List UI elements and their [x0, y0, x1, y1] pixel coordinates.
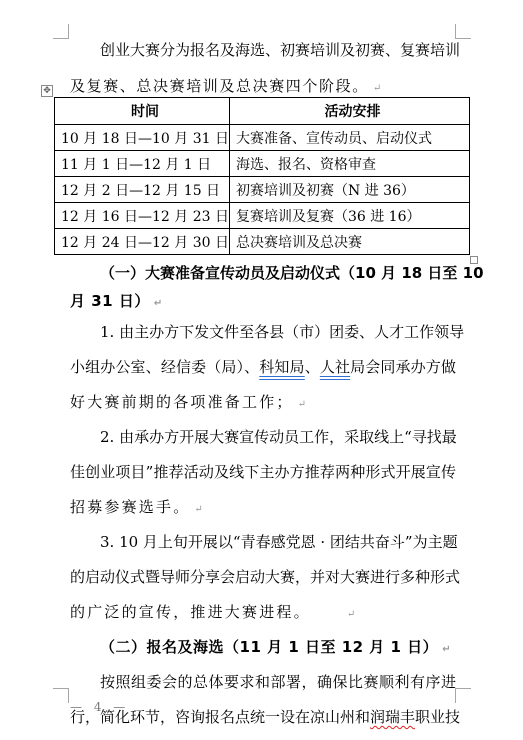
table-row: 12 月 24 日—12 月 30 日 总决赛培训及总决赛: [55, 229, 470, 255]
item2-line-2[interactable]: 佳创业项目”推荐活动及线下主办方推荐两种形式开展宣传: [70, 462, 456, 482]
paragraph-mark-icon: ↵: [154, 298, 162, 309]
item2-line-3[interactable]: 招募参赛选手。↵: [70, 497, 456, 520]
cell-activity[interactable]: 复赛培训及复赛（36 进 16）: [229, 203, 469, 229]
margin-corner-bottom-left: [53, 688, 69, 703]
page-number: — 4 —: [70, 700, 129, 714]
paragraph-mark-icon: ↵: [347, 609, 355, 620]
intro-line-2[interactable]: 及复赛、总决赛培训及总决赛四个阶段。↵: [70, 76, 456, 99]
table-header-row: 时间 活动安排: [55, 98, 470, 125]
section1-heading-line-1[interactable]: （一）大赛准备宣传动员及启动仪式（10 月 18 日至 10: [100, 263, 456, 283]
table-move-handle-icon[interactable]: ✥: [41, 85, 53, 97]
item1-line-3[interactable]: 好大赛前期的各项准备工作；↵: [70, 392, 456, 415]
table-row: 12 月 16 日—12 月 23 日 复赛培训及复赛（36 进 16）: [55, 203, 470, 229]
cell-time[interactable]: 12 月 2 日—12 月 15 日: [55, 177, 230, 203]
section2-line-1[interactable]: 按照组委会的总体要求和部署，确保比赛顺利有序进: [100, 672, 456, 692]
item3-line-1[interactable]: 3. 10 月上旬开展以“青春感党恩 · 团结共奋斗”为主题: [100, 532, 456, 552]
cell-activity[interactable]: 初赛培训及初赛（N 进 36）: [229, 177, 469, 203]
table-row: 10 月 18 日—10 月 31 日 大赛准备、宣传动员、启动仪式: [55, 125, 470, 151]
margin-corner-bottom-right: [455, 688, 471, 703]
spelling-flag-runruifeng[interactable]: 润瑞丰: [370, 708, 415, 726]
grammar-flag-keziju[interactable]: 科知局: [259, 358, 304, 376]
intro-line-1[interactable]: 创业大赛分为报名及海选、初赛培训及初赛、复赛培训: [100, 40, 456, 60]
item1-line-1[interactable]: 1. 由主办方下发文件至各县（市）团委、人才工作领导: [100, 322, 456, 342]
item1-line-2[interactable]: 小组办公室、经信委（局）、科知局、人社局会同承办方做: [70, 357, 456, 377]
item3-line-3[interactable]: 的广泛的宣传，推进大赛进程。↵: [70, 602, 456, 625]
item3-line-2[interactable]: 的启动仪式暨导师分享会启动大赛，并对大赛进行多种形式: [70, 567, 456, 587]
margin-corner-top-right: [455, 24, 471, 39]
table-row: 11 月 1 日—12 月 1 日 海选、报名、资格审查: [55, 151, 470, 177]
header-activity[interactable]: 活动安排: [229, 98, 469, 125]
schedule-table[interactable]: 时间 活动安排 10 月 18 日—10 月 31 日 大赛准备、宣传动员、启动…: [54, 97, 470, 255]
item2-line-1[interactable]: 2. 由承办方开展大赛宣传动员工作，采取线上“寻找最: [100, 427, 456, 447]
margin-corner-top-left: [53, 24, 69, 39]
header-time[interactable]: 时间: [55, 98, 230, 125]
table-resize-handle[interactable]: [470, 256, 478, 264]
paragraph-mark-icon: ↵: [442, 644, 450, 655]
section1-heading-line-2[interactable]: 月 31 日）↵: [70, 291, 456, 314]
paragraph-mark-icon: ↵: [194, 504, 202, 515]
document-page: 创业大赛分为报名及海选、初赛培训及初赛、复赛培训 及复赛、总决赛培训及总决赛四个…: [0, 0, 523, 740]
cell-activity[interactable]: 海选、报名、资格审查: [229, 151, 469, 177]
grammar-flag-renshe[interactable]: 人社: [320, 358, 350, 376]
paragraph-mark-icon: ↵: [298, 399, 306, 410]
cell-activity[interactable]: 总决赛培训及总决赛: [229, 229, 469, 255]
cell-time[interactable]: 12 月 24 日—12 月 30 日: [55, 229, 230, 255]
section2-heading[interactable]: （二）报名及海选（11 月 1 日至 12 月 1 日）↵: [100, 637, 486, 660]
cell-activity[interactable]: 大赛准备、宣传动员、启动仪式: [229, 125, 469, 151]
cell-time[interactable]: 11 月 1 日—12 月 1 日: [55, 151, 230, 177]
table-row: 12 月 2 日—12 月 15 日 初赛培训及初赛（N 进 36）: [55, 177, 470, 203]
paragraph-mark-icon: ↵: [373, 83, 381, 94]
cell-time[interactable]: 12 月 16 日—12 月 23 日: [55, 203, 230, 229]
cell-time[interactable]: 10 月 18 日—10 月 31 日: [55, 125, 230, 151]
